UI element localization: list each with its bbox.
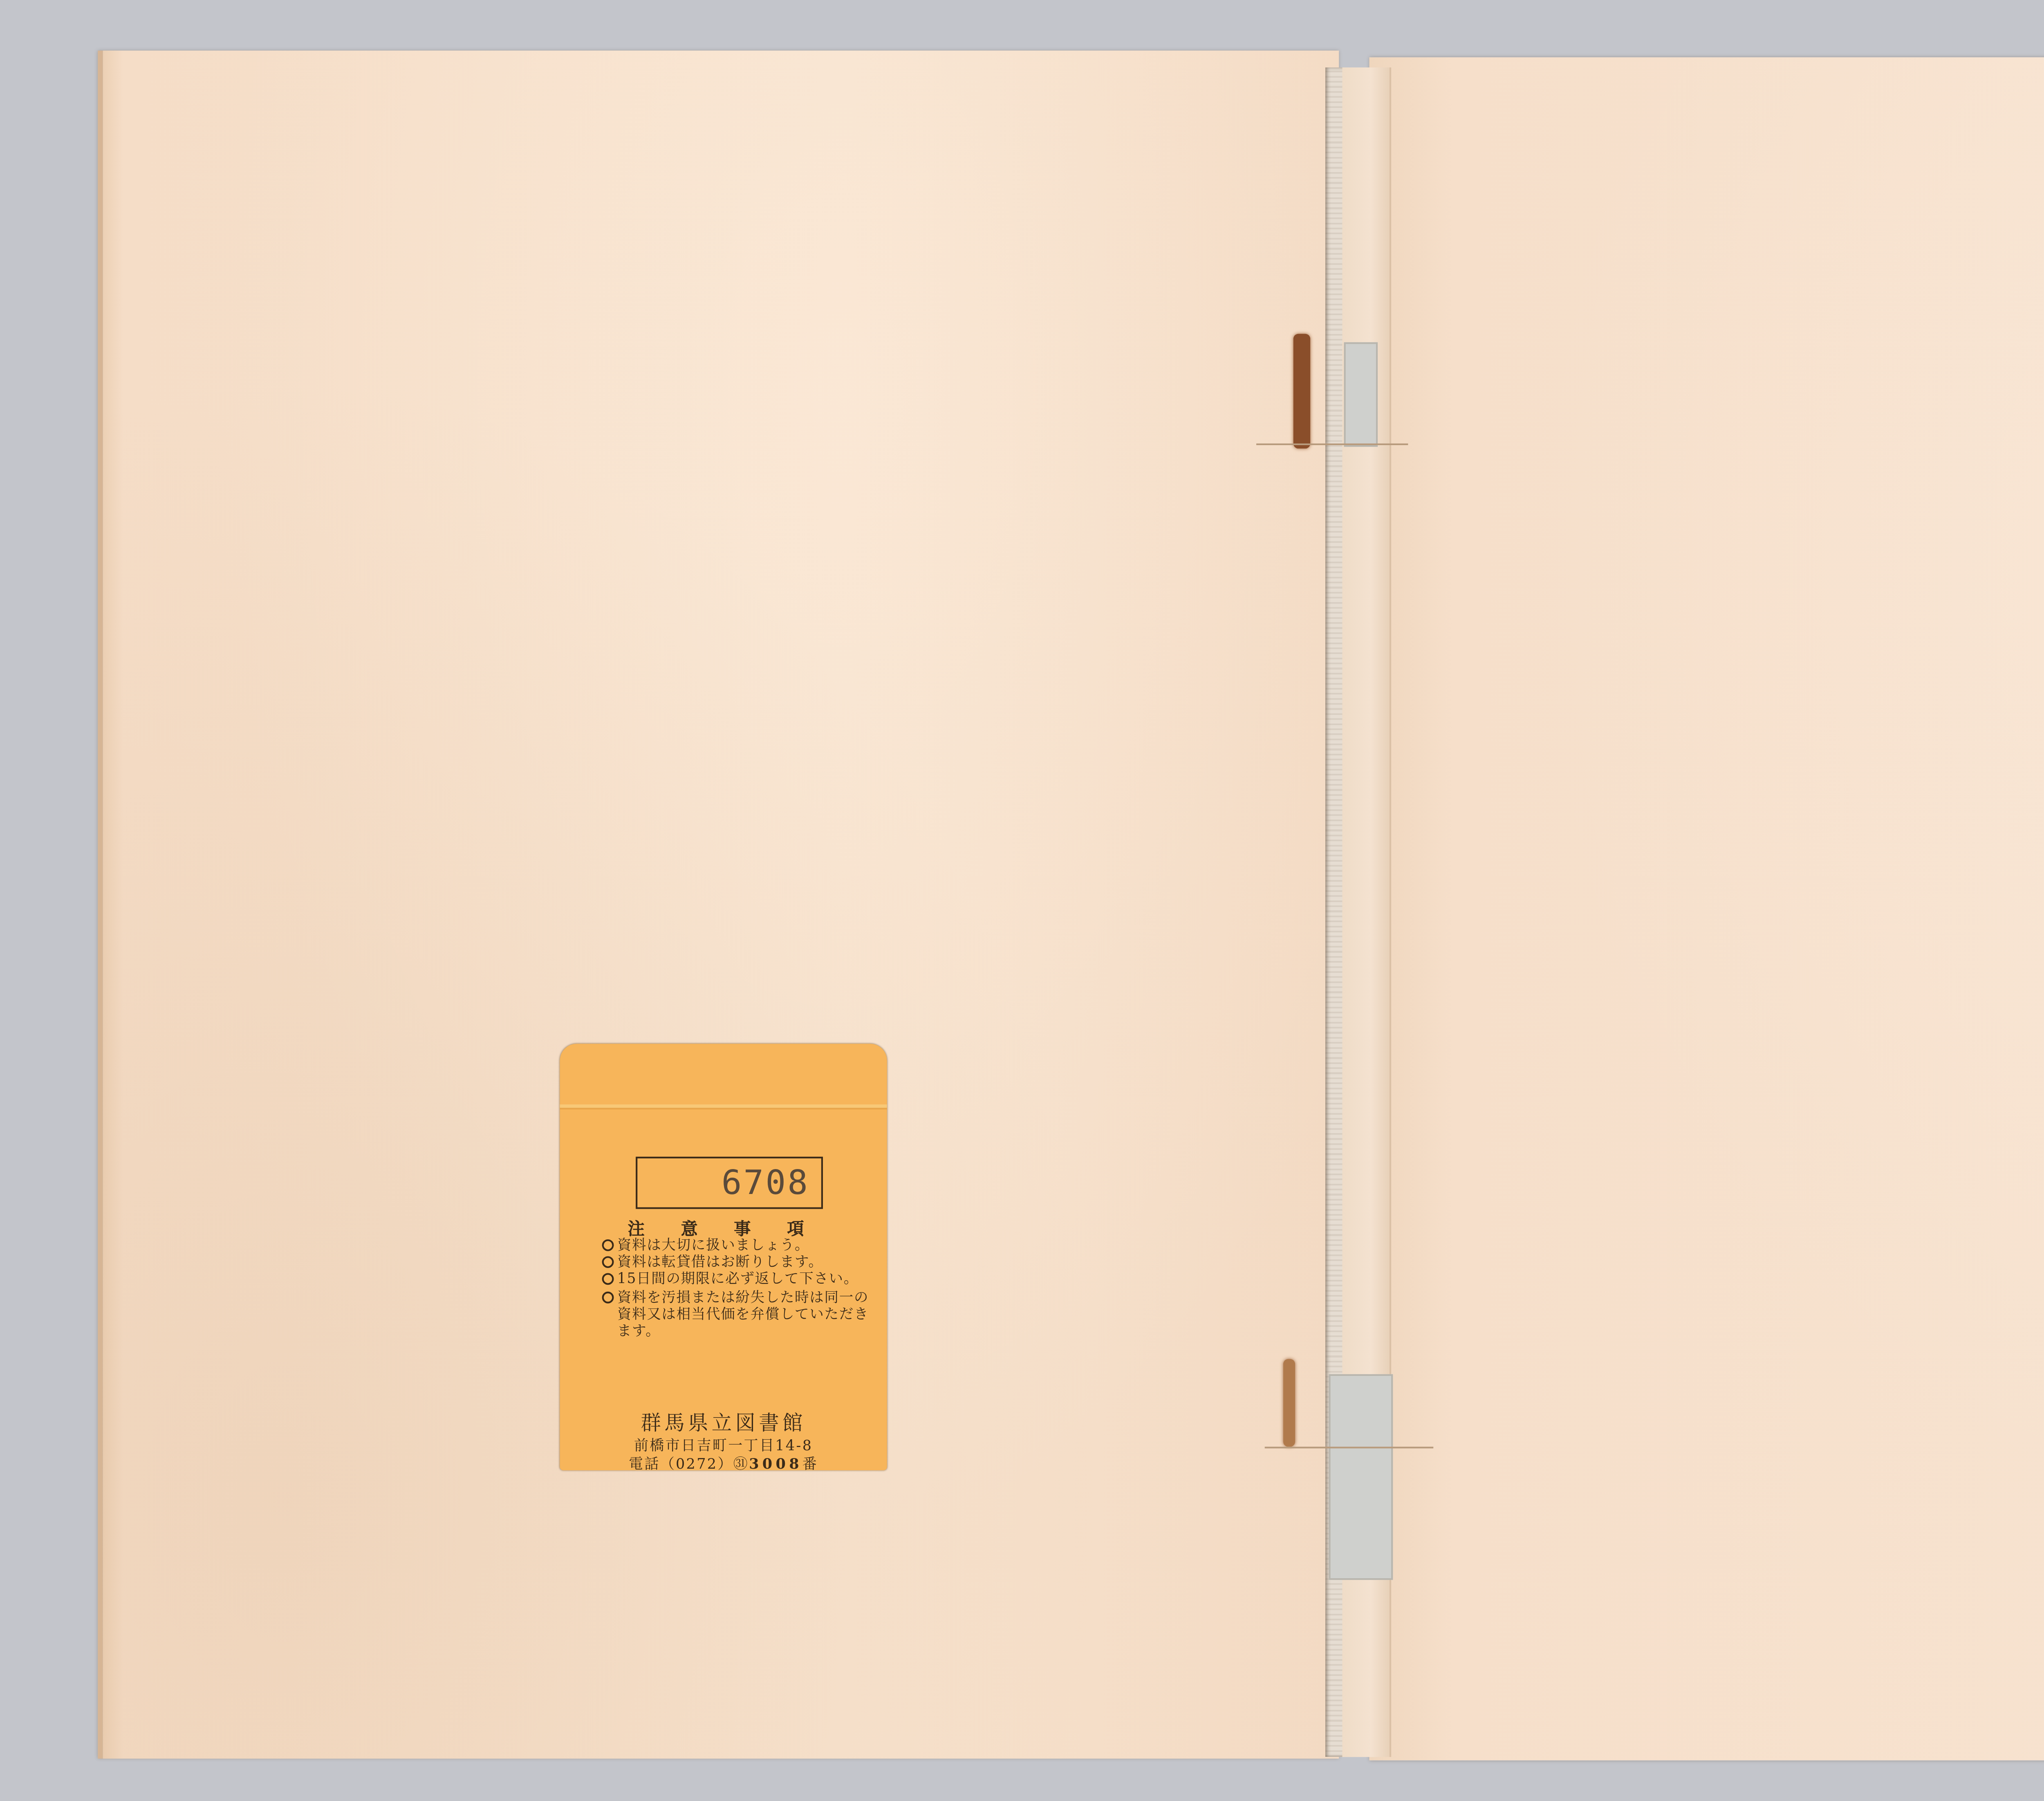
right-inside-cover: [1369, 57, 2044, 1760]
tear-line-top: [1256, 444, 1408, 445]
phone-suffix: 番: [802, 1457, 818, 1474]
exposed-cloth-bottom: [1329, 1374, 1393, 1580]
notice-item: 資料は転貸借はお断りします。: [602, 1253, 881, 1270]
card-flap-fold: [560, 1104, 887, 1108]
notice-item: 資料は大切に扱いましょう。: [602, 1236, 881, 1253]
phone-prefix: 電話（0272）㉛: [629, 1457, 749, 1474]
staple-mark-bottom: [1283, 1359, 1295, 1447]
tear-line-bottom: [1265, 1447, 1434, 1448]
library-address: 前橋市日吉町一丁目14-8: [560, 1435, 887, 1455]
phone-number: 3008: [749, 1457, 802, 1474]
notice-item: 資料を汚損または紛失した時は同一の資料又は相当代価を弁償していただきます。: [602, 1288, 881, 1339]
left-inside-cover: [98, 51, 1339, 1759]
exposed-cloth-top: [1344, 342, 1378, 447]
library-phone: 電話（0272）㉛3008番: [560, 1454, 887, 1474]
book-spread: 6708 注 意 事 項 資料は大切に扱いましょう。 資料は転貸借はお断りします…: [0, 0, 2044, 1800]
call-number: 6708: [636, 1157, 823, 1209]
notice-list: 資料は大切に扱いましょう。 資料は転貸借はお断りします。 15日間の期限に必ず返…: [602, 1236, 881, 1340]
staple-rust-stain-top: [1293, 334, 1310, 449]
notice-title: 注 意 事 項: [560, 1214, 887, 1239]
notice-item: 15日間の期限に必ず返して下さい。: [602, 1270, 881, 1288]
library-name: 群馬県立図書館: [560, 1408, 887, 1436]
library-pocket-card: 6708 注 意 事 項 資料は大切に扱いましょう。 資料は転貸借はお断りします…: [560, 1044, 887, 1470]
